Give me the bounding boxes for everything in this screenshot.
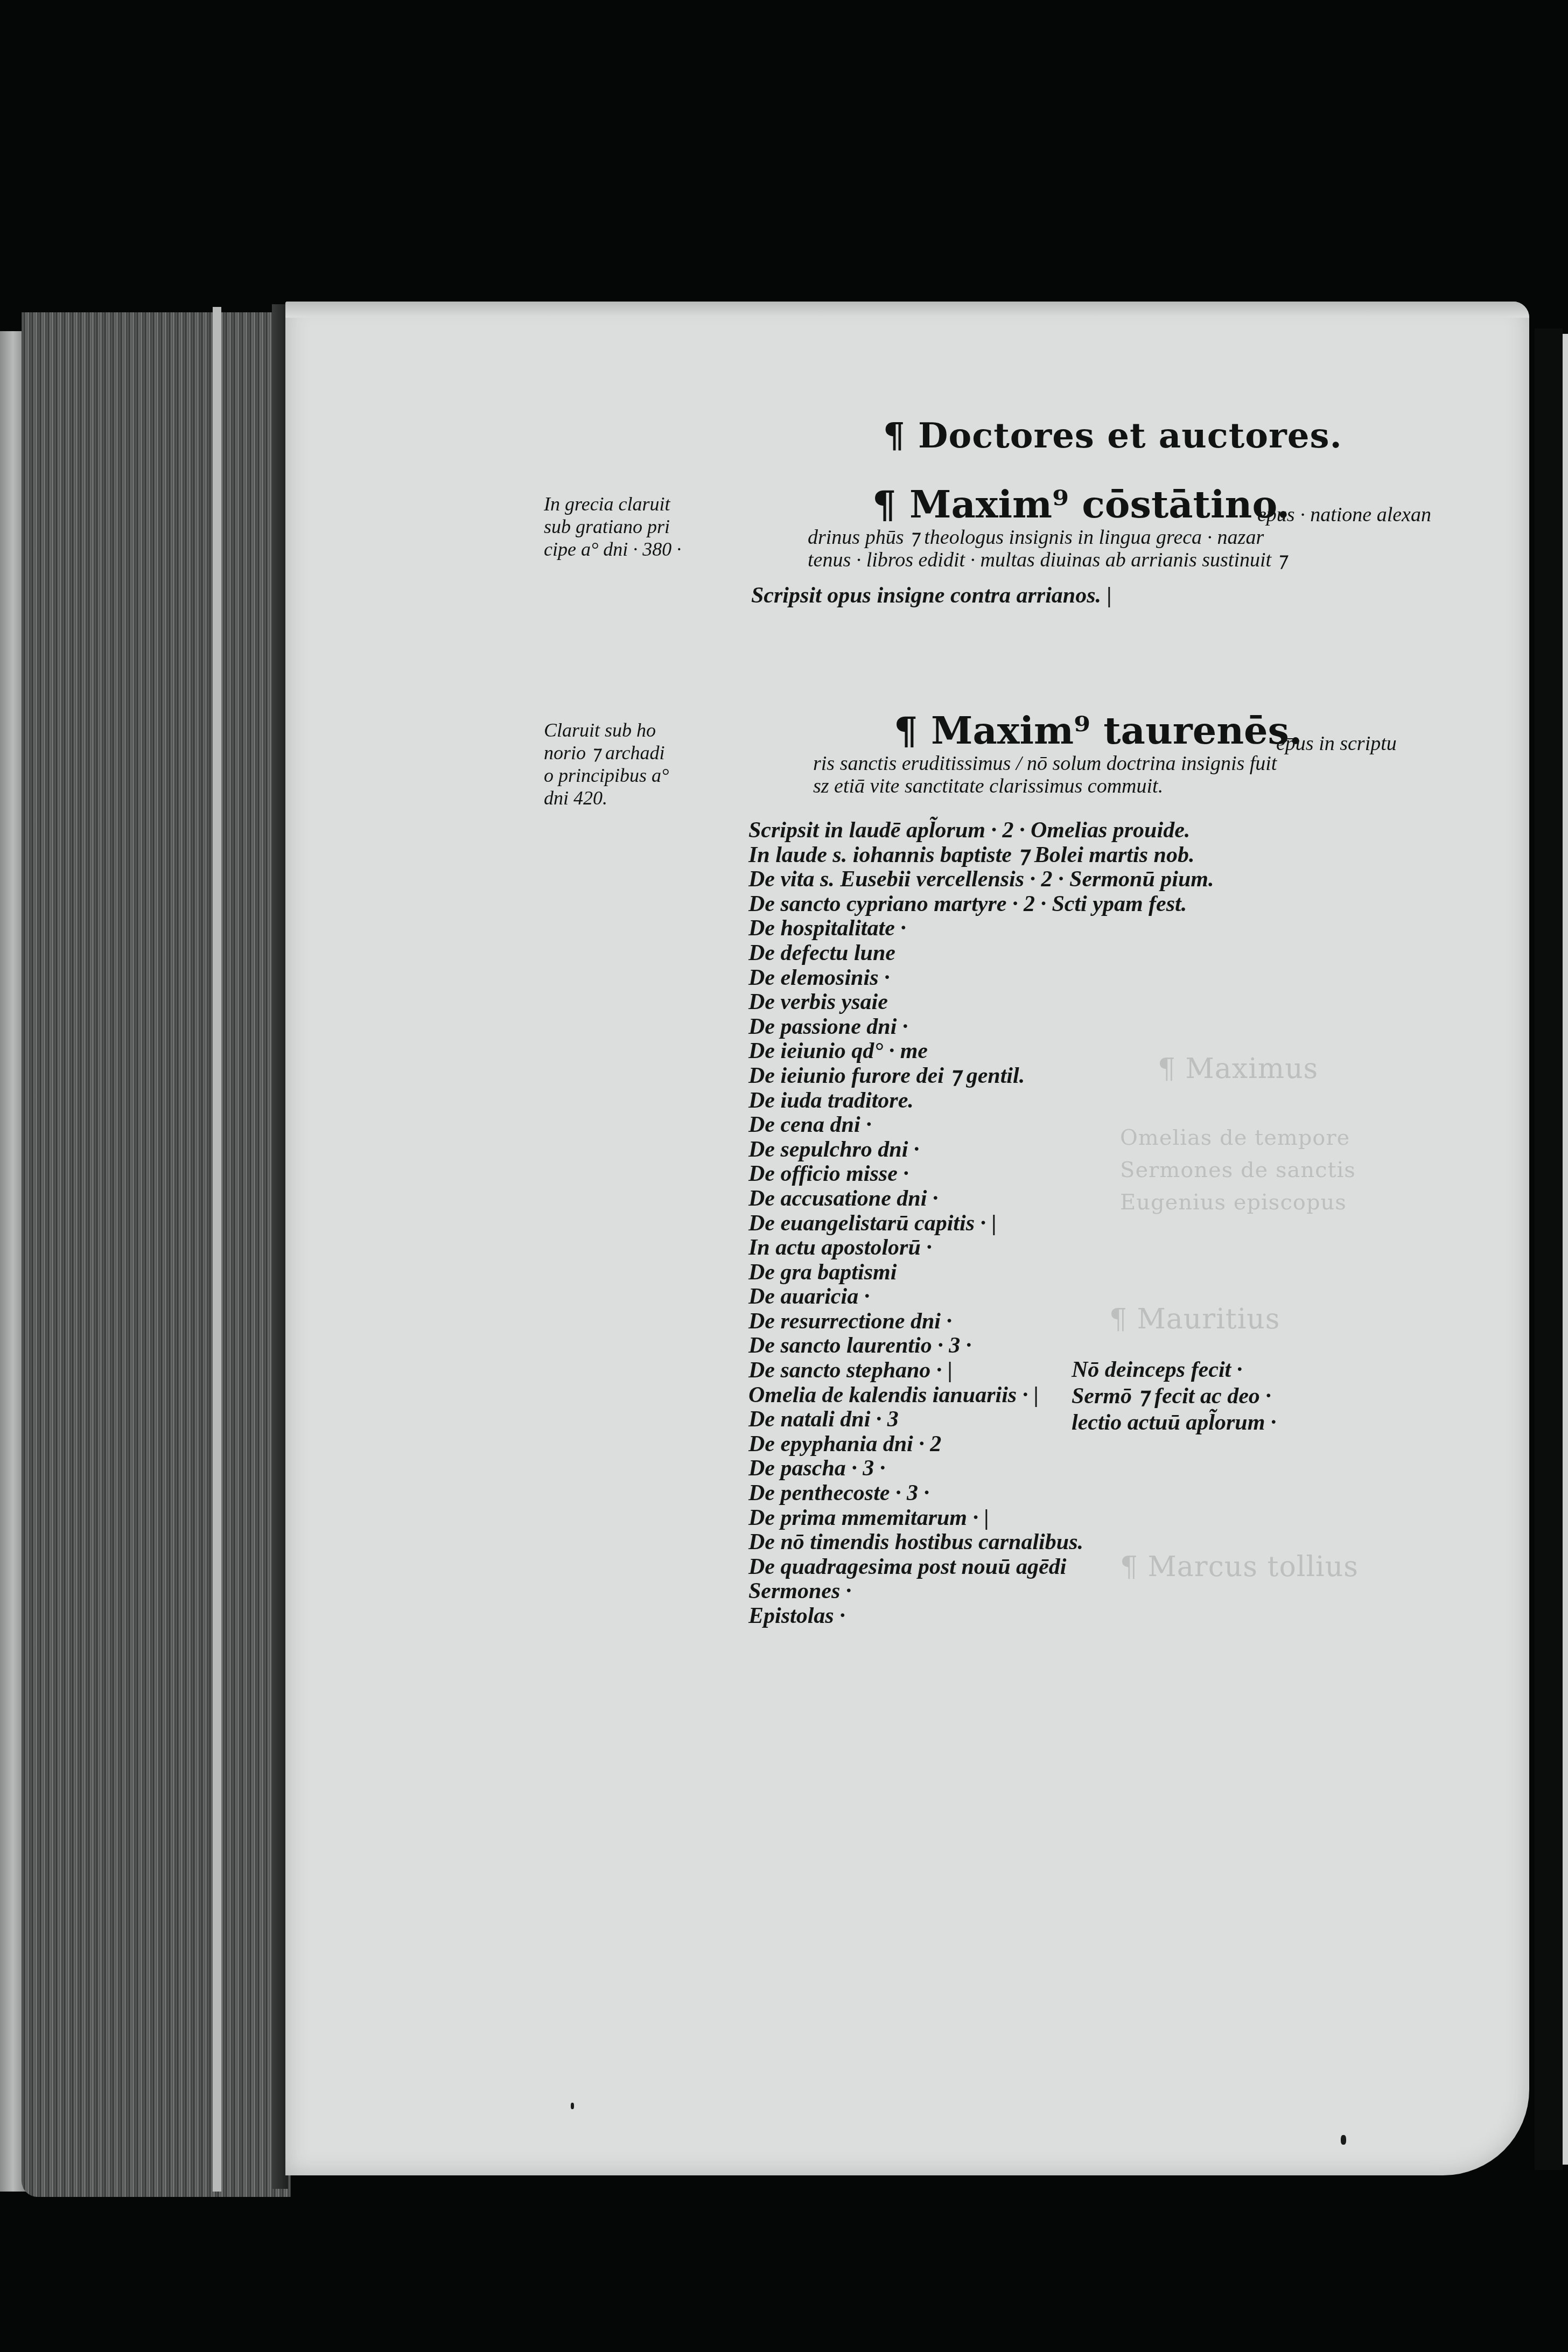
- margin-note-line: Claruit sub ho: [544, 719, 669, 741]
- work-item: De resurrectione dni ·: [748, 1310, 1214, 1334]
- author-entry-1: ¶ Maxim⁹ cōstātino.: [872, 482, 1290, 527]
- heading-text: Doctores et auctores.: [918, 416, 1342, 456]
- margin-note-line: In grecia claruit: [544, 493, 681, 515]
- paragraph-mark-icon: ¶: [894, 708, 918, 753]
- ink-speck: [571, 2103, 574, 2109]
- side-works-list: Nō deinceps fecit · Sermō ⁊ fecit ac deo…: [1072, 1357, 1276, 1436]
- work-item: In actu apostolorū ·: [748, 1236, 1214, 1261]
- work-item: De hospitalitate ·: [748, 916, 1214, 941]
- work-item: De passione dni ·: [748, 1015, 1214, 1040]
- work-item: De prima mmemitarum · |: [748, 1506, 1214, 1531]
- works-list: Scripsit in laudē apl̃orum · 2 · Omelias…: [748, 818, 1214, 1629]
- author-description-line: ris sanctis eruditissimus / nō solum doc…: [813, 752, 1277, 775]
- work-item: De iuda traditore.: [748, 1089, 1214, 1114]
- work-item: De quadragesima post nouū agēdi: [748, 1555, 1214, 1580]
- work-item: De sancto laurentio · 3 ·: [748, 1334, 1214, 1359]
- margin-note-line: norio ⁊ archadi: [544, 741, 669, 764]
- right-page-sliver: [1563, 334, 1568, 2165]
- work-item: Sermones ·: [748, 1579, 1214, 1604]
- work-item: De sepulchro dni ·: [748, 1138, 1214, 1163]
- margin-note-line: sub gratiano pri: [544, 515, 681, 538]
- work-item: In laude s. iohannis baptiste ⁊ Bolei ma…: [748, 843, 1214, 868]
- author-description-line: ep̄us · natione alexan: [1257, 503, 1431, 526]
- work-item: Epistolas ·: [748, 1604, 1214, 1629]
- work-item: De verbis ysaie: [748, 990, 1214, 1015]
- work-item: De officio misse ·: [748, 1162, 1214, 1187]
- work-item: De euangelistarū capitis · |: [748, 1212, 1214, 1236]
- page-stack-highlight: [213, 307, 221, 2192]
- work-item: Scripsit opus insigne contra arrianos. |: [751, 584, 1112, 608]
- work-item: De sancto cypriano martyre · 2 · Scti yp…: [748, 892, 1214, 917]
- work-item: De accusatione dni ·: [748, 1187, 1214, 1212]
- author-entry-2: ¶ Maxim⁹ taurenēs.: [894, 708, 1302, 753]
- margin-note-entry-1: In grecia claruit sub gratiano pri cipe …: [544, 493, 681, 561]
- author-description-line: drinus phūs ⁊ theologus insignis in ling…: [808, 526, 1264, 549]
- margin-note-line: o principibus a°: [544, 764, 669, 787]
- work-item: De ieiunio furore dei ⁊ gentil.: [748, 1064, 1214, 1089]
- page-stack-fore-edge: [22, 312, 291, 2197]
- page-heading: ¶ Doctores et auctores.: [883, 416, 1342, 456]
- work-item: De elemosinis ·: [748, 966, 1214, 991]
- work-item: De auaricia ·: [748, 1285, 1214, 1310]
- margin-note-entry-2: Claruit sub ho norio ⁊ archadi o princip…: [544, 719, 669, 809]
- work-item: Sermō ⁊ fecit ac deo ·: [1072, 1383, 1276, 1410]
- paragraph-mark-icon: ¶: [872, 482, 897, 527]
- work-item: De vita s. Eusebii vercellensis · 2 · Se…: [748, 867, 1214, 892]
- author-description-line: sz etiā vite sanctitate clarissimus comm…: [813, 775, 1163, 797]
- ink-speck: [1341, 2135, 1346, 2145]
- work-item: lectio actuū apl̃orum ·: [1072, 1410, 1276, 1436]
- work-item: De gra baptismi: [748, 1261, 1214, 1285]
- work-item: Nō deinceps fecit ·: [1072, 1357, 1276, 1383]
- work-item: De cena dni ·: [748, 1113, 1214, 1138]
- work-item: De defectu lune: [748, 941, 1214, 966]
- right-page-clamp: [1535, 328, 1563, 2170]
- margin-note-line: dni 420.: [544, 787, 669, 809]
- work-item: Scripsit in laudē apl̃orum · 2 · Omelias…: [748, 818, 1214, 843]
- author-name: Maxim⁹ taurenēs.: [931, 708, 1302, 753]
- author-description-line: ep̄us in scriptu: [1276, 732, 1397, 755]
- work-item: De nō timendis hostibus carnalibus.: [748, 1530, 1214, 1555]
- margin-note-line: cipe a° dni · 380 ·: [544, 538, 681, 561]
- work-item: De pascha · 3 ·: [748, 1457, 1214, 1481]
- leaf-top-edge: [285, 302, 1529, 318]
- work-item: De penthecoste · 3 ·: [748, 1481, 1214, 1506]
- work-item: De ieiunio qd° · me: [748, 1039, 1214, 1064]
- author-description-line: tenus · libros edidit · multas diuinas a…: [808, 549, 1286, 571]
- author-name: Maxim⁹ cōstātino.: [909, 482, 1290, 527]
- paragraph-mark-icon: ¶: [883, 416, 906, 456]
